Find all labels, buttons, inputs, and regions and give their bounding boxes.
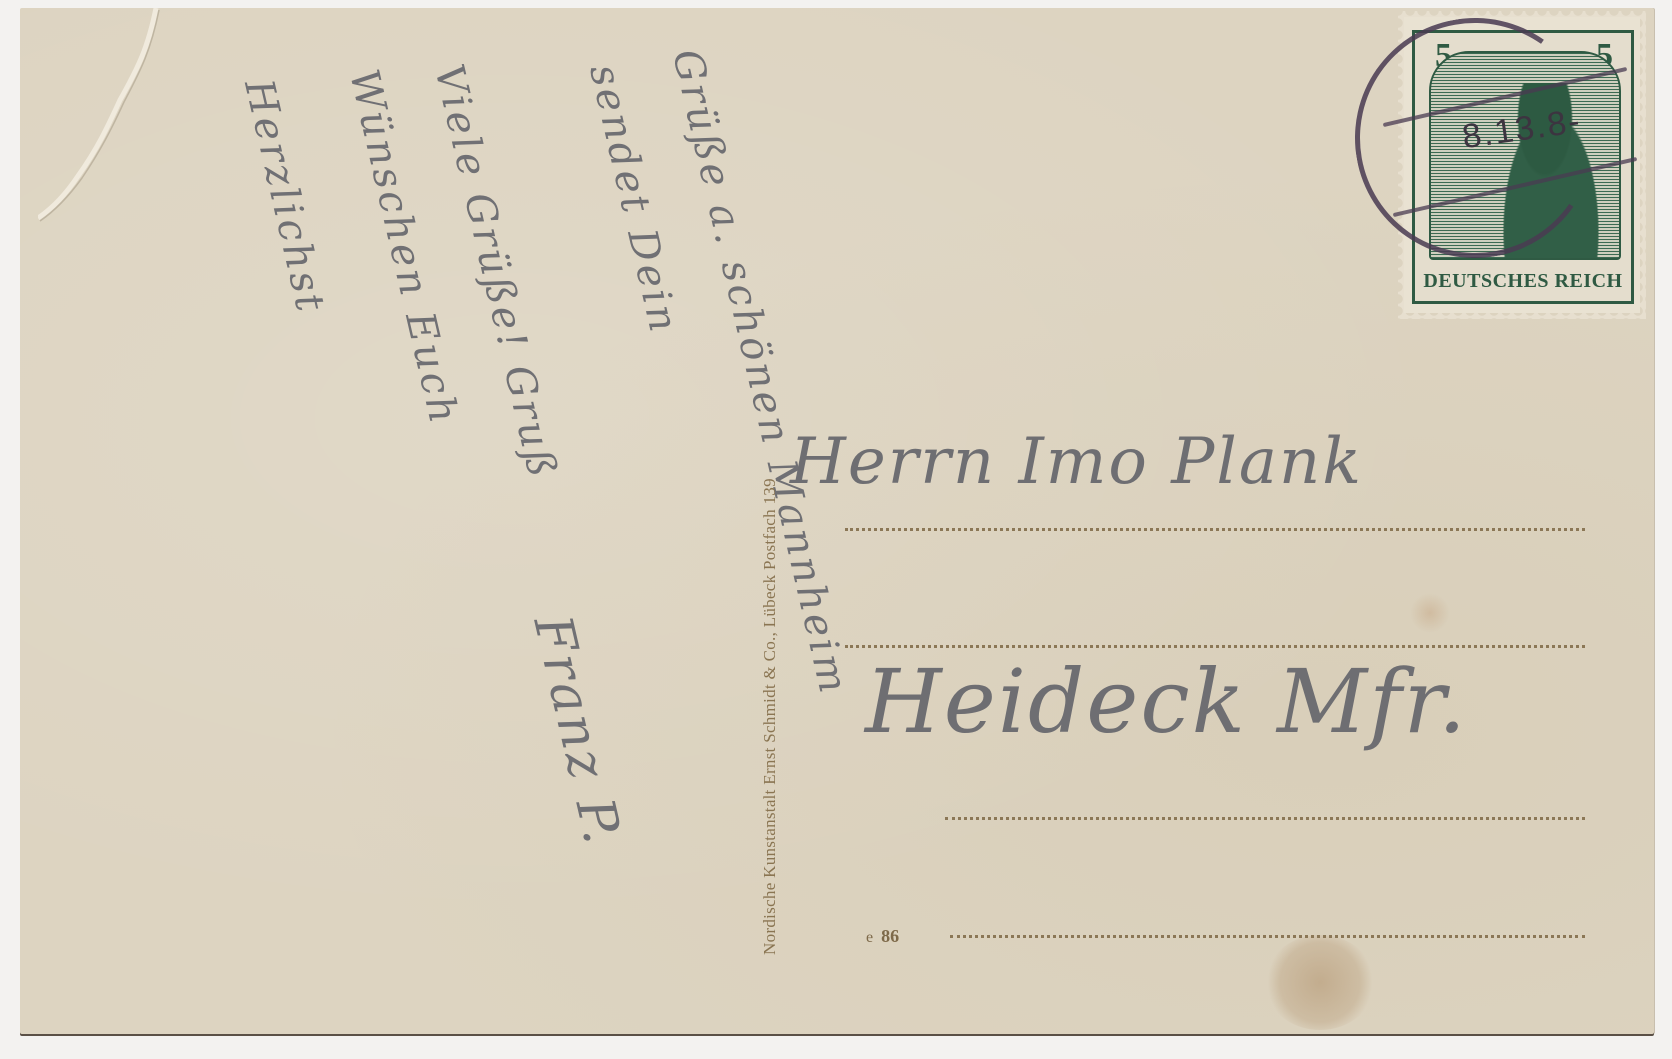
address-line-4 xyxy=(950,935,1585,938)
series-value: 86 xyxy=(881,926,899,946)
series-number: e86 xyxy=(866,926,899,947)
address-recipient: Herrn Imo Plank xyxy=(790,425,1363,499)
stain xyxy=(1265,935,1375,1030)
paper-crease xyxy=(38,8,178,238)
stamp-caption: DEUTSCHES REICH xyxy=(1423,270,1623,293)
address-line-1 xyxy=(845,528,1585,531)
address-place: Heideck Mfr. xyxy=(865,650,1468,753)
series-prefix: e xyxy=(866,929,873,946)
publisher-imprint: Nordische Kunstanstalt Ernst Schmidt & C… xyxy=(760,478,780,955)
address-line-2 xyxy=(845,645,1585,648)
address-line-3 xyxy=(945,817,1585,820)
stain-small xyxy=(1410,593,1450,633)
